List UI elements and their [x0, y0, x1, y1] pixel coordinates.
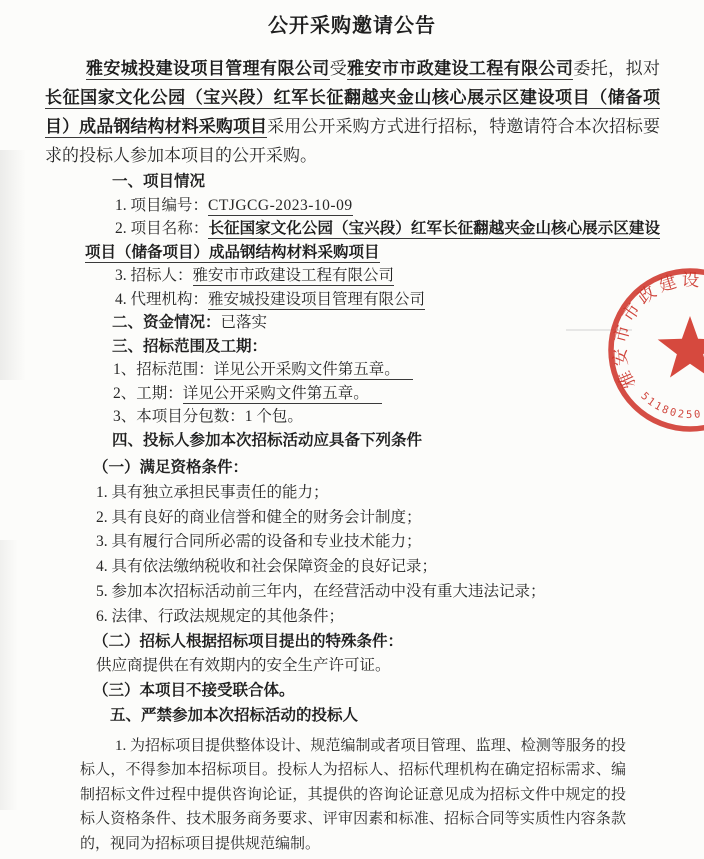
- agency-label: 4. 代理机构：: [115, 291, 208, 308]
- tenderee-label: 3. 招标人：: [115, 267, 193, 284]
- section-1-heading: 一、项目情况: [112, 170, 704, 194]
- duration-row: 2、工期：详见公开采购文件第五章。: [113, 382, 704, 406]
- intro-entrust: 委托，拟对: [573, 59, 660, 78]
- scan-smudge: [0, 150, 26, 380]
- section-5-heading: 五、严禁参加本次招标活动的投标人: [110, 704, 704, 729]
- intro-paragraph: 雅安城投建设项目管理有限公司受雅安市市政建设工程有限公司委托，拟对长征国家文化公…: [45, 54, 660, 170]
- condition-item: 2. 具有良好的商业信誉和健全的财务会计制度；: [96, 506, 704, 531]
- package-count-row: 3、本项目分包数：1 个包。: [113, 405, 704, 429]
- project-number-row: 1. 项目编号：CTJGCG-2023-10-09: [85, 194, 660, 218]
- condition-item: 5. 参加本次招标活动前三年内，在经营活动中没有重大违法记录；: [96, 580, 704, 605]
- project-name-row: 2. 项目名称：长征国家文化公园（宝兴段）红军长征翻越夹金山核心展示区建设项目（…: [85, 217, 660, 264]
- condition-item: 1. 具有独立承担民事责任的能力；: [96, 481, 704, 506]
- special-conditions-subheading: （二）招标人根据招标项目提出的特殊条件：: [93, 630, 704, 655]
- condition-item: 4. 具有依法缴纳税收和社会保障资金的良好记录；: [96, 555, 704, 580]
- project-number-value: CTJGCG-2023-10-09: [208, 197, 353, 216]
- scan-smudge: [0, 540, 18, 810]
- duration-value: 详见公开采购文件第五章。: [183, 385, 382, 404]
- agency-row: 4. 代理机构：雅安城投建设项目管理有限公司: [85, 288, 660, 312]
- bid-scope-value: 详见公开采购文件第五章。: [214, 361, 413, 380]
- condition-item: 6. 法律、行政法规规定的其他条件；: [96, 605, 704, 630]
- scanned-document-page: 公开采购邀请公告 雅安城投建设项目管理有限公司受雅安市市政建设工程有限公司委托，…: [0, 0, 704, 859]
- tenderee-row: 3. 招标人：雅安市市政建设工程有限公司: [85, 264, 660, 288]
- project-name-label: 2. 项目名称：: [115, 220, 208, 237]
- section-2-heading: 二、资金情况：: [112, 311, 221, 335]
- package-count-label: 3、本项目分包数：: [113, 408, 245, 425]
- bid-scope-row: 1、招标范围：详见公开采购文件第五章。: [113, 358, 704, 382]
- prohibited-bidders-paragraph: 1. 为招标项目提供整体设计、规范编制或者项目管理、监理、检测等服务的投标人，不…: [80, 734, 626, 857]
- project-number-label: 1. 项目编号：: [115, 197, 208, 214]
- client-company-name: 雅安市市政建设工程有限公司: [347, 59, 573, 80]
- special-conditions-body: 供应商提供在有效期内的安全生产许可证。: [96, 654, 704, 679]
- section-2-row: 二、资金情况：已落实: [0, 311, 704, 335]
- intro-connector: 受: [330, 59, 347, 78]
- condition-item: 3. 具有履行合同所必需的设备和专业技术能力；: [96, 530, 704, 555]
- duration-label: 2、工期：: [113, 385, 183, 402]
- bid-scope-label: 1、招标范围：: [113, 361, 214, 378]
- section-3-heading: 三、招标范围及工期：: [112, 335, 704, 359]
- doc-title: 公开采购邀请公告: [0, 0, 704, 40]
- section-4-heading: 四、投标人参加本次招标活动应具备下列条件: [112, 429, 704, 453]
- qualification-subheading: （一）满足资格条件：: [93, 456, 704, 481]
- funding-status: 已落实: [221, 314, 268, 331]
- no-consortium-subheading: （三）本项目不接受联合体。: [93, 679, 704, 704]
- package-count-value: 1 个包。: [245, 408, 303, 425]
- agent-company-name: 雅安城投建设项目管理有限公司: [86, 59, 330, 80]
- agency-value: 雅安城投建设项目管理有限公司: [208, 291, 425, 310]
- tenderee-value: 雅安市市政建设工程有限公司: [193, 267, 395, 286]
